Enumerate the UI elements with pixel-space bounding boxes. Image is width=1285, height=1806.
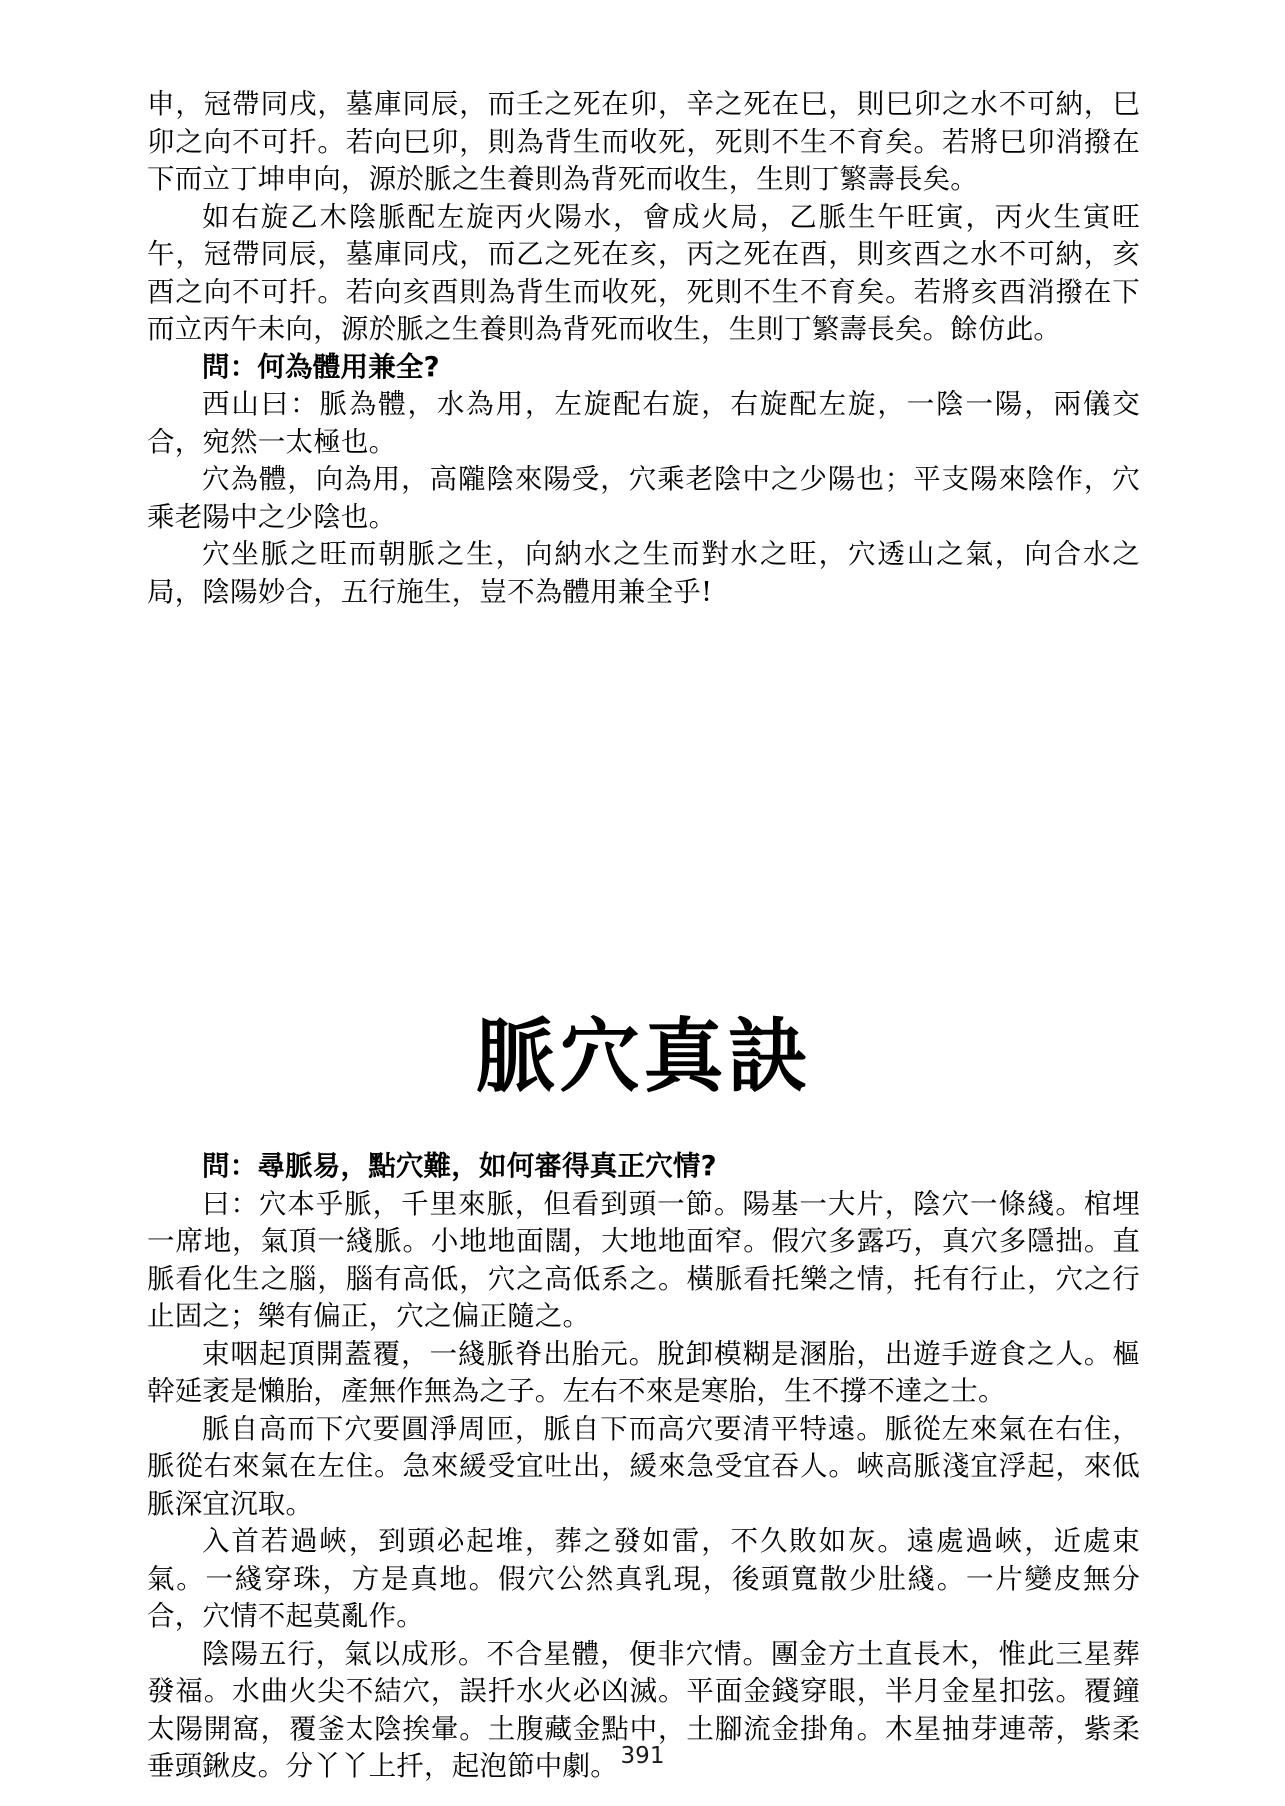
page-number: 391 [0, 1743, 1285, 1769]
body-paragraph: 入首若過峽，到頭必起堆，葬之發如雷，不久敗如灰。遠處過峽，近處束氣。一綫穿珠，方… [147, 1523, 1140, 1636]
document-page: 申，冠帶同戌，墓庫同辰，而壬之死在卯，辛之死在巳，則巳卯之水不可納，巳卯之向不可… [0, 0, 1285, 1806]
section-body: 問：尋脈易，點穴難，如何審得真正穴情? 曰：穴本乎脈，千里來脈，但看到頭一節。陽… [147, 1148, 1140, 1786]
body-paragraph: 申，冠帶同戌，墓庫同辰，而壬之死在卯，辛之死在巳，則巳卯之水不可納，巳卯之向不可… [147, 86, 1140, 199]
body-paragraph: 穴坐脈之旺而朝脈之生，向納水之生而對水之旺，穴透山之氣，向合水之局，陰陽妙合，五… [147, 536, 1140, 611]
body-paragraph: 束咽起頂開蓋覆，一綫脈脊出胎元。脫卸模糊是溷胎，出遊手遊食之人。樞幹延袤是懶胎，… [147, 1336, 1140, 1411]
body-paragraph: 如右旋乙木陰脈配左旋丙火陽水，會成火局，乙脈生午旺寅，丙火生寅旺午，冠帶同辰，墓… [147, 199, 1140, 349]
chapter-title: 脈穴真訣 [147, 1002, 1140, 1110]
body-paragraph: 曰：穴本乎脈，千里來脈，但看到頭一節。陽基一大片，陰穴一條綫。棺埋一席地，氣頂一… [147, 1186, 1140, 1336]
question-heading: 問：尋脈易，點穴難，如何審得真正穴情? [147, 1148, 1140, 1186]
body-paragraph: 西山曰：脈為體，水為用，左旋配右旋，右旋配左旋，一陰一陽，兩儀交合，宛然一太極也… [147, 386, 1140, 461]
continuation-block: 申，冠帶同戌，墓庫同辰，而壬之死在卯，辛之死在巳，則巳卯之水不可納，巳卯之向不可… [147, 86, 1140, 611]
body-paragraph: 穴為體，向為用，高隴陰來陽受，穴乘老陰中之少陽也；平支陽來陰作，穴乘老陽中之少陰… [147, 461, 1140, 536]
question-heading: 問：何為體用兼全? [147, 349, 1140, 387]
body-paragraph: 脈自高而下穴要圓淨周匝，脈自下而高穴要清平特遠。脈從左來氣在右住，脈從右來氣在左… [147, 1411, 1140, 1524]
